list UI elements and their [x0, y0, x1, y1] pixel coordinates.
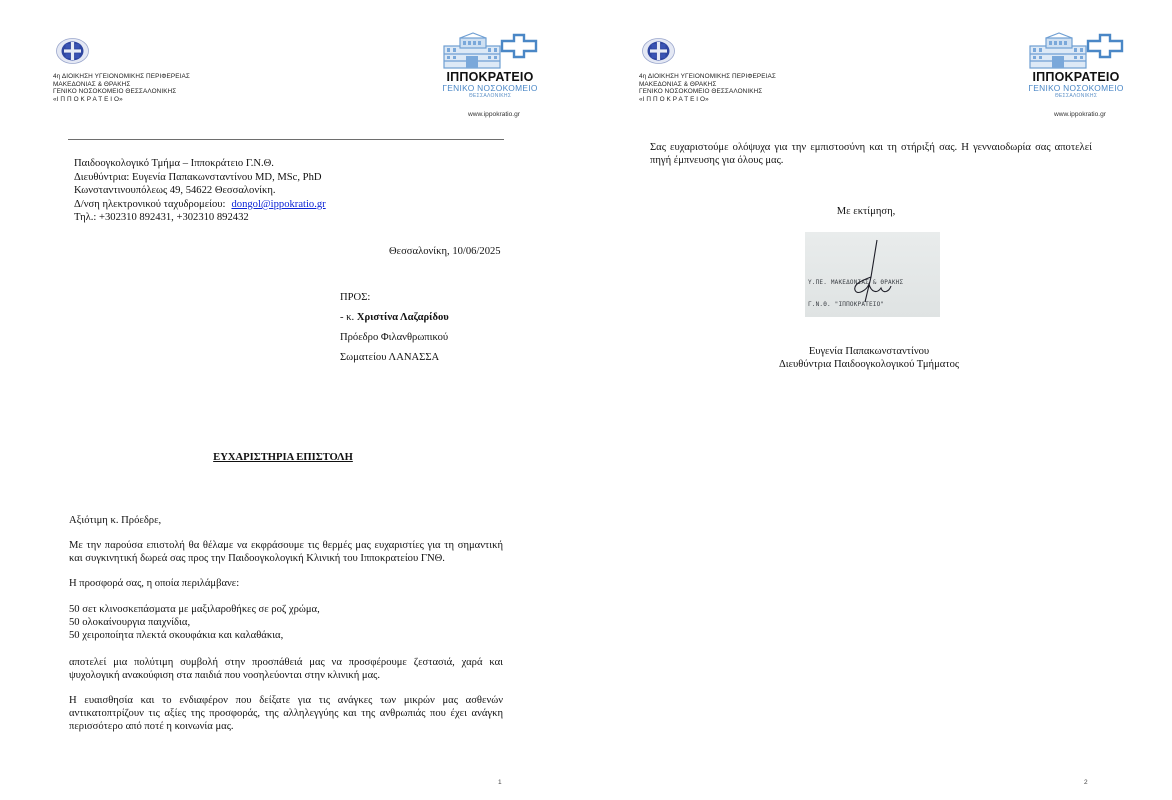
closing-paragraph: Σας ευχαριστούμε ολόψυχα για την εμπιστο…: [650, 141, 1092, 167]
hospital-subtitle: ΓΕΝΙΚΟ ΝΟΣΟΚΟΜΕΙΟ: [440, 84, 540, 93]
greek-state-emblem-icon: [642, 38, 675, 64]
admin-line: «Ι Π Π Ο Κ Ρ Α Τ Ε Ι Ο»: [53, 96, 190, 104]
donation-item: 50 ολοκαίνουργια παιχνίδια,: [69, 616, 503, 629]
admin-line: 4η ΔΙΟΙΚΗΣΗ ΥΓΕΙΟΝΟΜΙΚΗΣ ΠΕΡΙΦΕΡΕΙΑΣ: [53, 73, 190, 81]
email-link[interactable]: dongol@ippokratio.gr: [231, 199, 325, 210]
signatory-title: Διευθύντρια Παιδοογκολογικού Τμήματος: [576, 359, 1162, 372]
hospital-city: ΘΕΣΣΑΛΟΝΙΚΗΣ: [440, 93, 540, 100]
recipient-name: Χριστίνα Λαζαρίδου: [357, 312, 449, 323]
paragraph-3: Η ευαισθησία και το ενδιαφέρον που δείξα…: [69, 694, 503, 734]
handwritten-signature-icon: [805, 232, 940, 317]
salutation: Αξιότιμη κ. Πρόεδρε,: [69, 514, 503, 527]
donation-items-list: 50 σετ κλινοσκεπάσματα με μαξιλαροθήκες …: [69, 603, 503, 643]
hospital-website: www.ippokratio.gr: [440, 111, 540, 118]
greek-state-emblem-icon: [56, 38, 89, 64]
paragraph-2: αποτελεί μια πολύτιμη συμβολή στην προσπ…: [69, 656, 503, 682]
recipient-org: Σωματείου ΛΑΝΑΣΣΑ: [340, 348, 449, 368]
donation-item: 50 χειροποίητα πλεκτά σκουφάκια και καλα…: [69, 629, 503, 642]
page-number: 1: [498, 779, 502, 786]
hospital-building-cross-icon: [440, 32, 540, 70]
hospital-subtitle: ΓΕΝΙΚΟ ΝΟΣΟΚΟΜΕΙΟ: [1026, 84, 1126, 93]
admin-line: 4η ΔΙΟΙΚΗΣΗ ΥΓΕΙΟΝΟΜΙΚΗΣ ΠΕΡΙΦΕΡΕΙΑΣ: [639, 73, 776, 81]
admin-line: ΓΕΝΙΚΟ ΝΟΣΟΚΟΜΕΙΟ ΘΕΣΣΑΛΟΝΙΚΗΣ: [53, 88, 190, 96]
email-label: Δ/νση ηλεκτρονικού ταχυδρομείου:: [74, 199, 225, 210]
sender-department: Παιδοογκολογικό Τμήμα – Ιπποκράτειο Γ.Ν.…: [74, 157, 326, 171]
sender-block: Παιδοογκολογικό Τμήμα – Ιπποκράτειο Γ.Ν.…: [74, 157, 326, 225]
administration-header: 4η ΔΙΟΙΚΗΣΗ ΥΓΕΙΟΝΟΜΙΚΗΣ ΠΕΡΙΦΕΡΕΙΑΣ ΜΑΚ…: [639, 73, 776, 103]
document-page-2: 4η ΔΙΟΙΚΗΣΗ ΥΓΕΙΟΝΟΜΙΚΗΣ ΠΕΡΙΦΕΡΕΙΑΣ ΜΑΚ…: [586, 0, 1172, 800]
recipient-to-label: ΠΡΟΣ:: [340, 288, 449, 308]
admin-line: «Ι Π Π Ο Κ Ρ Α Τ Ε Ι Ο»: [639, 96, 776, 104]
hospital-building-cross-icon: [1026, 32, 1126, 70]
recipient-block: ΠΡΟΣ: - κ. Χριστίνα Λαζαρίδου Πρόεδρο Φι…: [340, 288, 449, 368]
recipient-name-line: - κ. Χριστίνα Λαζαρίδου: [340, 308, 449, 328]
hospital-city: ΘΕΣΣΑΛΟΝΙΚΗΣ: [1026, 93, 1126, 100]
page-number: 2: [1084, 779, 1088, 786]
administration-header: 4η ΔΙΟΙΚΗΣΗ ΥΓΕΙΟΝΟΜΙΚΗΣ ΠΕΡΙΦΕΡΕΙΑΣ ΜΑΚ…: [53, 73, 190, 103]
admin-line: ΓΕΝΙΚΟ ΝΟΣΟΚΟΜΕΙΟ ΘΕΣΣΑΛΟΝΙΚΗΣ: [639, 88, 776, 96]
recipient-role: Πρόεδρο Φιλανθρωπικού: [340, 328, 449, 348]
document-page-1: 4η ΔΙΟΙΚΗΣΗ ΥΓΕΙΟΝΟΜΙΚΗΣ ΠΕΡΙΦΕΡΕΙΑΣ ΜΑΚ…: [0, 0, 586, 800]
signatory-block: Ευγενία Παπακωνσταντίνου Διευθύντρια Παι…: [586, 346, 1172, 371]
paragraph-1: Με την παρούσα επιστολή θα θέλαμε να εκφ…: [69, 539, 503, 565]
sender-email-line: Δ/νση ηλεκτρονικού ταχυδρομείου:dongol@i…: [74, 198, 326, 212]
donation-item: 50 σετ κλινοσκεπάσματα με μαξιλαροθήκες …: [69, 603, 503, 616]
admin-line: ΜΑΚΕΔΟΝΙΑΣ & ΘΡΑΚΗΣ: [639, 81, 776, 89]
sender-phone: Τηλ.: +302310 892431, +302310 892432: [74, 211, 326, 225]
hippokrateio-logo: ΙΠΠΟΚΡΑΤΕΙΟ ΓΕΝΙΚΟ ΝΟΣΟΚΟΜΕΙΟ ΘΕΣΣΑΛΟΝΙΚ…: [1026, 32, 1126, 118]
letter-date: Θεσσαλονίκη, 10/06/2025: [389, 246, 501, 257]
offer-intro: Η προσφορά σας, η οποία περιλάμβανε:: [69, 577, 503, 590]
hippokrateio-logo: ΙΠΠΟΚΡΑΤΕΙΟ ΓΕΝΙΚΟ ΝΟΣΟΚΟΜΕΙΟ ΘΕΣΣΑΛΟΝΙΚ…: [440, 32, 540, 118]
official-stamp-signature: Υ.ΠΕ. ΜΑΚΕΔΟΝΙΑΣ & ΘΡΑΚΗΣ Γ.Ν.Θ. "ΙΠΠΟΚΡ…: [805, 232, 940, 317]
closing-phrase: Με εκτίμηση,: [586, 206, 1172, 217]
signatory-name: Ευγενία Παπακωνσταντίνου: [576, 346, 1162, 359]
hospital-website: www.ippokratio.gr: [1026, 111, 1126, 118]
admin-line: ΜΑΚΕΔΟΝΙΑΣ & ΘΡΑΚΗΣ: [53, 81, 190, 89]
recipient-prefix: - κ.: [340, 312, 357, 323]
sender-director: Διευθύντρια: Ευγενία Παπακωνσταντίνου MD…: [74, 171, 326, 185]
sender-address: Κωνσταντινουπόλεως 49, 54622 Θεσσαλονίκη…: [74, 184, 326, 198]
header-divider: [68, 139, 504, 140]
letter-subject: ΕΥΧΑΡΙΣΤΗΡΙΑ ΕΠΙΣΤΟΛΗ: [0, 452, 586, 463]
